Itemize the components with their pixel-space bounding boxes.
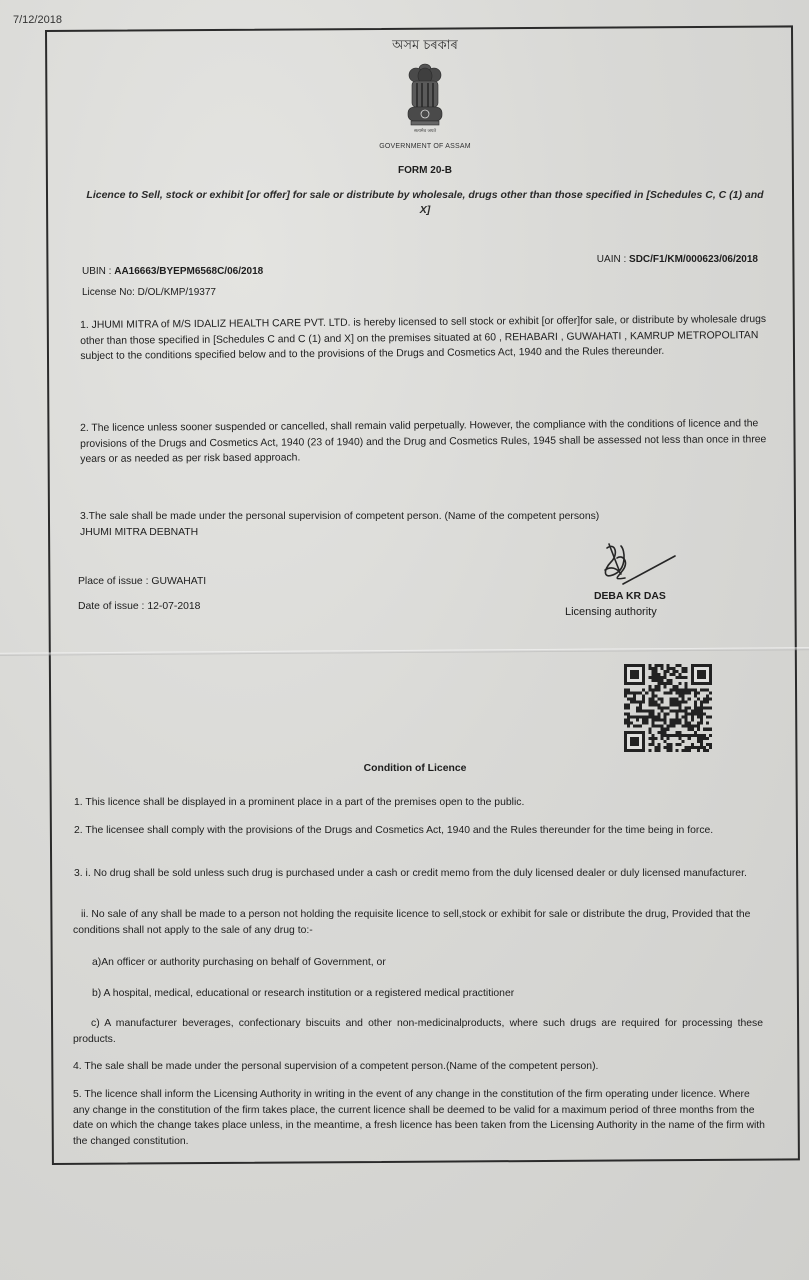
date-value: 12-07-2018 (147, 601, 200, 612)
licence-subtitle: Licence to Sell, stock or exhibit [or of… (80, 188, 770, 218)
condition-item: 2. The licensee shall comply with the pr… (74, 823, 764, 839)
supervision-text: 3.The sale shall be made under the perso… (80, 509, 770, 525)
place-value: GUWAHATI (151, 576, 206, 587)
condition-item: c) A manufacturer beverages, confectiona… (73, 1016, 763, 1047)
paragraph-2-validity: 2. The licence unless sooner suspended o… (80, 416, 770, 467)
ubin-label: UBIN : (82, 266, 114, 277)
condition-item: b) A hospital, medical, educational or r… (92, 986, 752, 1002)
print-date: 7/12/2018 (13, 14, 62, 26)
conditions-title: Condition of Licence (80, 763, 750, 774)
national-emblem-icon: सत्यमेव जयते (400, 61, 450, 141)
condition-item: a)An officer or authority purchasing on … (92, 955, 752, 971)
condition-item: 1. This licence shall be displayed in a … (74, 795, 764, 811)
government-label: GOVERNMENT OF ASSAM (80, 143, 770, 150)
signature-icon (595, 540, 685, 590)
letterhead: অসম চৰকাৰ सत्यमेव जयते GOVERNMENT OF ASS… (80, 36, 770, 150)
uain: UAIN : SDC/F1/KM/000623/06/2018 (597, 254, 758, 265)
qr-code-icon[interactable] (622, 664, 714, 752)
place-of-issue: Place of issue : GUWAHATI (78, 576, 206, 587)
license-value: D/OL/KMP/19377 (138, 287, 216, 298)
date-of-issue: Date of issue : 12-07-2018 (78, 601, 200, 612)
license-number: License No: D/OL/KMP/19377 (82, 287, 216, 298)
uain-label: UAIN : (597, 254, 629, 265)
paragraph-3-supervision: 3.The sale shall be made under the perso… (80, 509, 770, 540)
date-label: Date of issue : (78, 601, 147, 612)
authority-name: DEBA KR DAS (594, 591, 666, 602)
condition-item: 4. The sale shall be made under the pers… (73, 1059, 763, 1075)
svg-text:सत्यमेव जयते: सत्यमेव जयते (414, 127, 437, 134)
condition-item: ii. No sale of any shall be made to a pe… (73, 907, 763, 938)
ubin: UBIN : AA16663/BYEPM6568C/06/2018 (82, 266, 263, 277)
authority-role: Licensing authority (565, 606, 657, 618)
competent-person-name: JHUMI MITRA DEBNATH (80, 525, 770, 541)
uain-value: SDC/F1/KM/000623/06/2018 (629, 254, 758, 265)
ubin-value: AA16663/BYEPM6568C/06/2018 (114, 266, 263, 277)
paragraph-1-grant: 1. JHUMI MITRA of M/S IDALIZ HEALTH CARE… (80, 312, 770, 365)
assamese-title: অসম চৰকাৰ (80, 36, 770, 57)
licence-document: অসম চৰকাৰ सत्यमेव जयते GOVERNMENT OF ASS… (80, 0, 770, 1280)
condition-item: 3. i. No drug shall be sold unless such … (74, 866, 764, 882)
license-label: License No: (82, 287, 138, 298)
place-label: Place of issue : (78, 576, 151, 587)
form-number: FORM 20-B (80, 165, 770, 176)
condition-item: 5. The licence shall inform the Licensin… (73, 1087, 765, 1149)
